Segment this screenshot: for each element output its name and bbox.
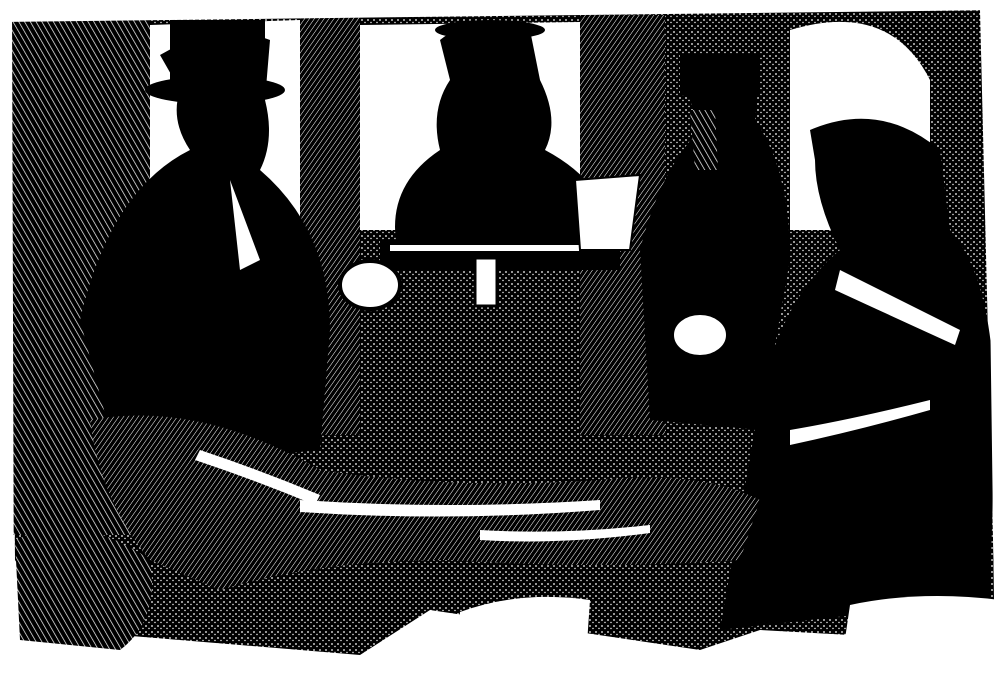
hand-left <box>340 261 400 309</box>
papers <box>575 175 640 250</box>
top-hat-brim-left <box>145 76 285 104</box>
table-top <box>390 245 610 251</box>
bottom-margin <box>0 660 1000 673</box>
glass <box>475 258 497 306</box>
man-center-hat-brim <box>435 20 545 40</box>
cap-right <box>680 55 760 95</box>
illustration-canvas <box>0 0 1000 673</box>
engraving-illustration <box>0 0 1000 673</box>
hand-right <box>672 313 728 357</box>
left-edge <box>0 0 14 673</box>
